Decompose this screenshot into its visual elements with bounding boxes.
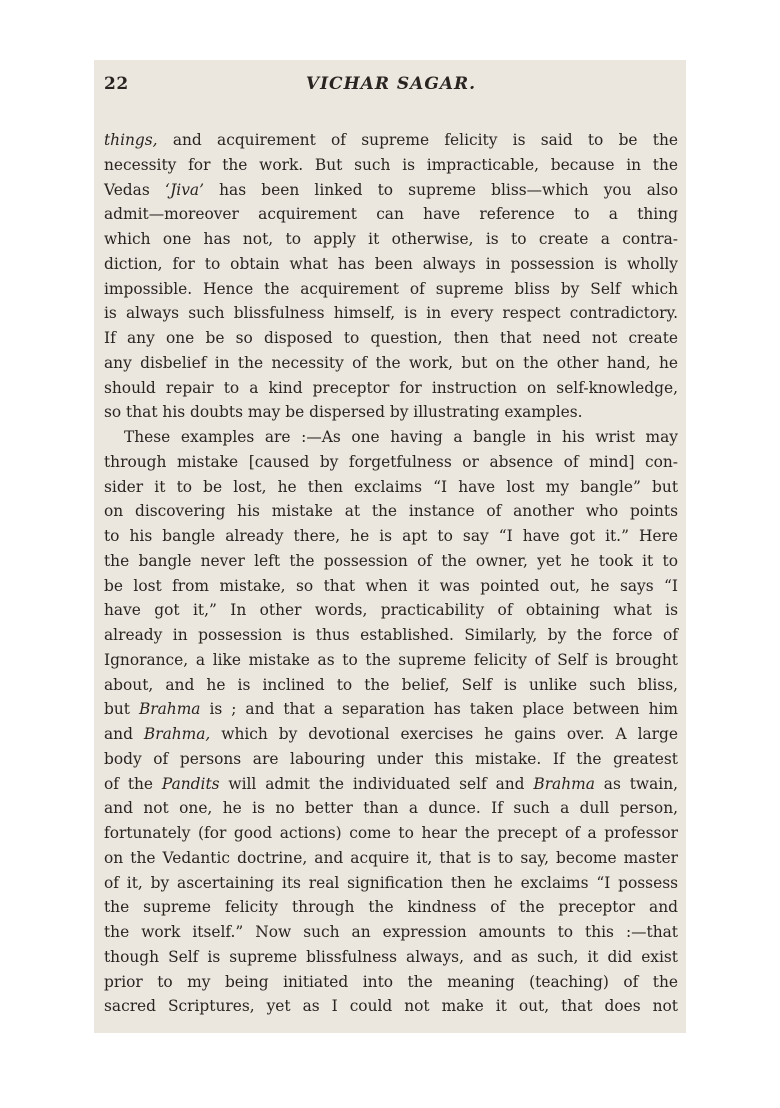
text-line: things, and acquirement of supreme felic… <box>104 128 678 153</box>
text-line: admit—moreover acquirement can have refe… <box>104 202 678 227</box>
text-line: diction, for to obtain what has been alw… <box>104 252 678 277</box>
book-page: 22 VICHAR SAGAR. things, and acquirement… <box>94 60 686 1033</box>
text-line: of the Pandits will admit the individuat… <box>104 772 678 797</box>
text-line: Vedas ‘Jiva’ has been linked to supreme … <box>104 178 678 203</box>
text-line: be lost from mistake, so that when it wa… <box>104 574 678 599</box>
text-line: on the Vedantic doctrine, and acquire it… <box>104 846 678 871</box>
text-line: the work itself.” Now such an expression… <box>104 920 678 945</box>
text-line: body of persons are labouring under this… <box>104 747 678 772</box>
text-line: prior to my being initiated into the mea… <box>104 970 678 995</box>
text-line: though Self is supreme blissfulness alwa… <box>104 945 678 970</box>
text-line: the bangle never left the possession of … <box>104 549 678 574</box>
text-line: and Brahma, which by devotional exercise… <box>104 722 678 747</box>
running-title: VICHAR SAGAR. <box>104 74 678 94</box>
page-header: 22 VICHAR SAGAR. <box>104 74 678 106</box>
text-line: should repair to a kind preceptor for in… <box>104 376 678 401</box>
text-line: the supreme felicity through the kindnes… <box>104 895 678 920</box>
text-line: already in possession is thus establishe… <box>104 623 678 648</box>
text-line: which one has not, to apply it otherwise… <box>104 227 678 252</box>
text-line: If any one be so disposed to question, t… <box>104 326 678 351</box>
text-line: necessity for the work. But such is impr… <box>104 153 678 178</box>
text-line: sacred Scriptures, yet as I could not ma… <box>104 994 678 1019</box>
text-line: sider it to be lost, he then exclaims “I… <box>104 475 678 500</box>
text-line: so that his doubts may be dispersed by i… <box>104 400 678 425</box>
text-line: on discovering his mistake at the instan… <box>104 499 678 524</box>
text-line: but Brahma is ; and that a separation ha… <box>104 697 678 722</box>
text-line: any disbelief in the necessity of the wo… <box>104 351 678 376</box>
text-line: to his bangle already there, he is apt t… <box>104 524 678 549</box>
text-line: through mistake [caused by forgetfulness… <box>104 450 678 475</box>
text-line: Ignorance, a like mistake as to the supr… <box>104 648 678 673</box>
text-line: about, and he is inclined to the belief,… <box>104 673 678 698</box>
paragraph-start-line: These examples are :—As one having a ban… <box>104 425 678 450</box>
text-line: of it, by ascertaining its real signific… <box>104 871 678 896</box>
body-text: things, and acquirement of supreme felic… <box>104 128 678 1019</box>
text-line: fortunately (for good actions) come to h… <box>104 821 678 846</box>
text-line: is always such blissfulness himself, is … <box>104 301 678 326</box>
text-line: have got it,” In other words, practicabi… <box>104 598 678 623</box>
text-line: and not one, he is no better than a dunc… <box>104 796 678 821</box>
text-line: impossible. Hence the acquirement of sup… <box>104 277 678 302</box>
